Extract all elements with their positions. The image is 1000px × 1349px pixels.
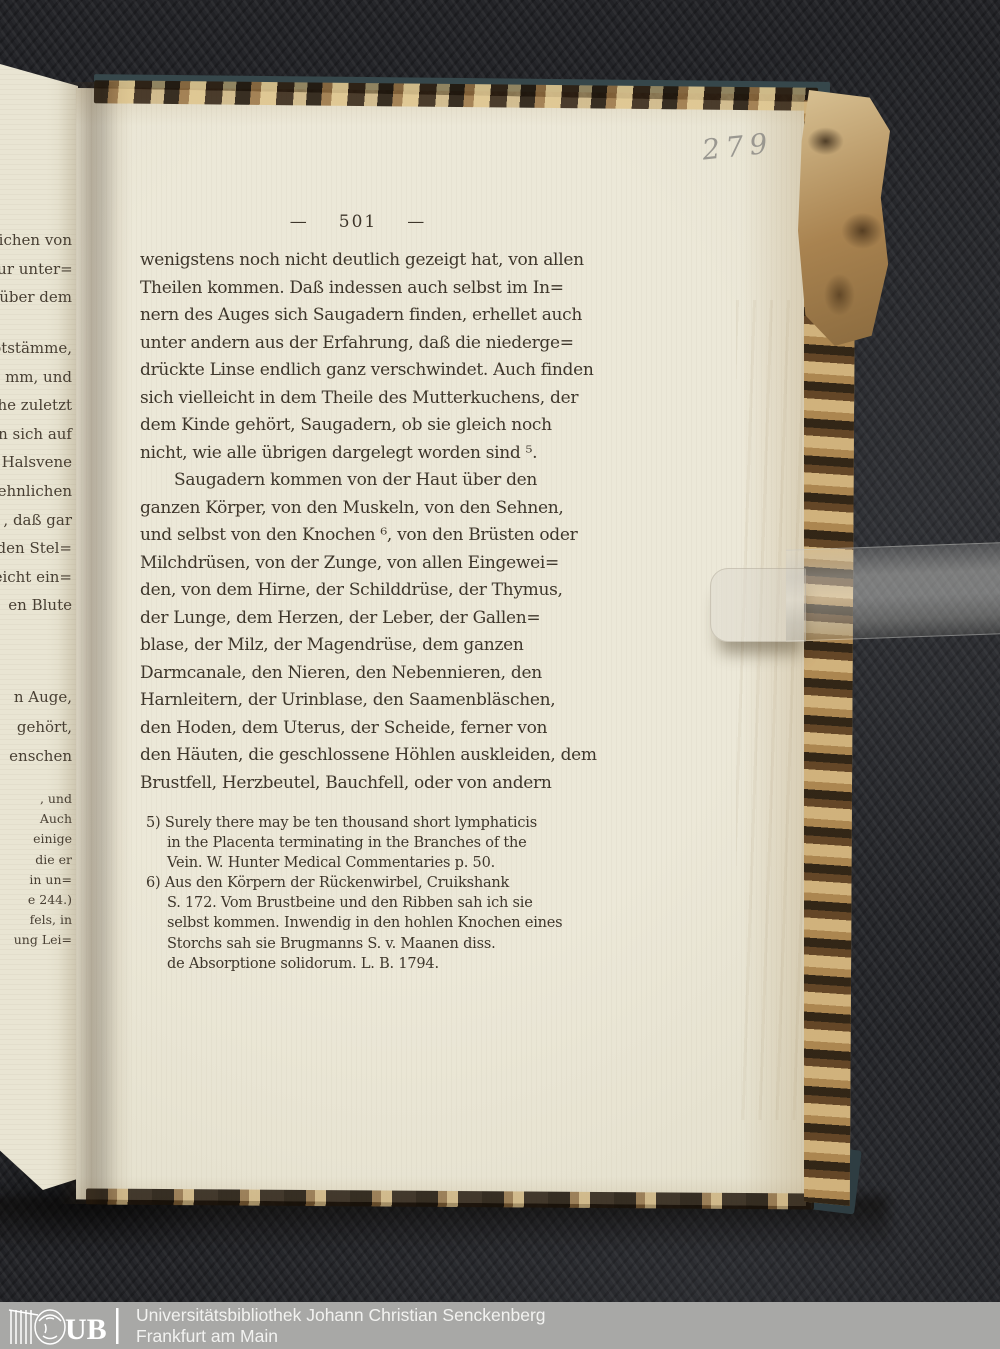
left-page-fragment-line: mm, und xyxy=(0,363,72,392)
left-page-fragment-line: eicht ein= xyxy=(0,563,72,592)
library-name: Universitätsbibliothek Johann Christian … xyxy=(136,1305,546,1326)
text-line: Darmcanale, den Nieren, den Nebennieren,… xyxy=(140,660,576,688)
left-page-fragment-line: fels, in xyxy=(0,910,72,930)
left-page-fragment-line: e 244.) xyxy=(0,890,72,910)
left-page-fragments: , undAucheinigedie erin un=e 244.)fels, … xyxy=(0,789,72,951)
left-page-fragments: treichen vonis zur unter=über dem xyxy=(0,226,72,312)
text-line: ganzen Körper, von den Muskeln, von den … xyxy=(140,495,576,523)
left-page-fragment-line: in un= xyxy=(0,870,72,890)
left-page-fragment-line: einige xyxy=(0,829,72,849)
header-dash-right: — xyxy=(407,212,426,232)
footnote-line: S. 172. Vom Brustbeine und den Ribben sa… xyxy=(146,893,582,913)
text-line: und selbst von den Knochen ⁶, von den Br… xyxy=(140,522,576,550)
logo-separator xyxy=(116,1308,119,1344)
left-page-fragment-line: treichen von xyxy=(0,226,72,255)
left-page-fragment-line: uptstämme, xyxy=(0,334,72,363)
text-line: Milchdrüsen, von der Zunge, von allen Ei… xyxy=(140,550,576,578)
text-line: drückte Linse endlich ganz verschwindet.… xyxy=(140,357,576,385)
left-page-fragment-line: gehört, xyxy=(0,713,72,743)
text-line: Brustfell, Herzbeutel, Bauchfell, oder v… xyxy=(140,770,576,798)
library-banner: UB Universitätsbibliothek Johann Christi… xyxy=(0,1302,1000,1349)
left-page-fragment-line: die er xyxy=(0,850,72,870)
main-text-block: wenigstens noch nicht deutlich gezeigt h… xyxy=(140,247,576,797)
left-page-fragment-line: sehnlichen xyxy=(0,477,72,506)
footnote-line: Storchs sah sie Brugmanns S. v. Maanen d… xyxy=(146,934,582,954)
left-page-fragment-line: über dem xyxy=(0,283,72,312)
text-line: den Häuten, die geschlossene Höhlen ausk… xyxy=(140,742,576,770)
left-page-fragment-line: en Blute xyxy=(0,591,72,620)
fore-edge-torn-corner xyxy=(798,90,890,346)
logo-ub-text: UB xyxy=(65,1313,107,1346)
text-line: dem Kinde gehört, Saugadern, ob sie glei… xyxy=(140,412,576,440)
text-line: blase, der Milz, der Magendrüse, dem gan… xyxy=(140,632,576,660)
left-page-fragment-line: ung Lei= xyxy=(0,930,72,950)
paper-wrinkles xyxy=(736,300,804,1120)
text-line: sich vielleicht in dem Theile des Mutter… xyxy=(140,385,576,413)
footnote-line: Vein. W. Hunter Medical Commentaries p. … xyxy=(146,853,582,873)
text-line: Theilen kommen. Daß indessen auch selbst… xyxy=(140,275,576,303)
text-line: nicht, wie alle übrigen dargelegt worden… xyxy=(140,440,576,468)
text-line: den Hoden, dem Uterus, der Scheide, fern… xyxy=(140,715,576,743)
bookmark-clip-tab xyxy=(710,568,806,642)
library-logo: UB xyxy=(8,1306,122,1346)
footnote-line: 5) Surely there may be ten thousand shor… xyxy=(146,813,582,833)
footnote-line: selbst kommen. Inwendig in den hohlen Kn… xyxy=(146,913,582,933)
left-page-fragment-line: is zur unter= xyxy=(0,255,72,284)
text-line: nern des Auges sich Saugadern finden, er… xyxy=(140,302,576,330)
banner-text: Universitätsbibliothek Johann Christian … xyxy=(136,1305,546,1347)
footnote-line: de Absorptione solidorum. L. B. 1794. xyxy=(146,954,582,974)
left-page-fragments: uptstämme,mm, undche zuletztn sich aufHa… xyxy=(0,334,72,620)
text-line: Saugadern kommen von der Haut über den xyxy=(140,467,576,495)
left-page-fragment-line: Halsvene xyxy=(0,448,72,477)
text-line: wenigstens noch nicht deutlich gezeigt h… xyxy=(140,247,576,275)
library-location: Frankfurt am Main xyxy=(136,1326,546,1347)
left-page-fragment-line: Auch xyxy=(0,809,72,829)
page-number: 501 xyxy=(339,212,377,232)
left-page-fragment-line: , und xyxy=(0,789,72,809)
text-line: Harnleitern, der Urinblase, den Saamenbl… xyxy=(140,687,576,715)
left-page-fragment-line: , daß gar xyxy=(0,506,72,535)
left-page-fragment-line: n Auge, xyxy=(0,683,72,713)
bookmark-clip-strip xyxy=(786,542,1000,642)
footnote-line: 6) Aus den Körpern der Rückenwirbel, Cru… xyxy=(146,873,582,893)
left-page-fragments: n Auge,gehört,enschen xyxy=(0,683,72,772)
text-line: unter andern aus der Erfahrung, daß die … xyxy=(140,330,576,358)
left-page-fragment-line: enschen xyxy=(0,742,72,772)
page-header: — 501 — xyxy=(140,212,576,232)
left-page-fragment-line: n sich auf xyxy=(0,420,72,449)
left-page-fragment-line: den Stel= xyxy=(0,534,72,563)
footnotes-block: 5) Surely there may be ten thousand shor… xyxy=(146,813,582,974)
header-dash-left: — xyxy=(290,212,309,232)
text-line: der Lunge, dem Herzen, der Leber, der Ga… xyxy=(140,605,576,633)
book-scan-photo: treichen vonis zur unter=über dem uptstä… xyxy=(0,0,1000,1349)
text-line: den, von dem Hirne, der Schilddrüse, der… xyxy=(140,577,576,605)
footnote-line: in the Placenta terminating in the Branc… xyxy=(146,833,582,853)
left-page-fragment-line: che zuletzt xyxy=(0,391,72,420)
